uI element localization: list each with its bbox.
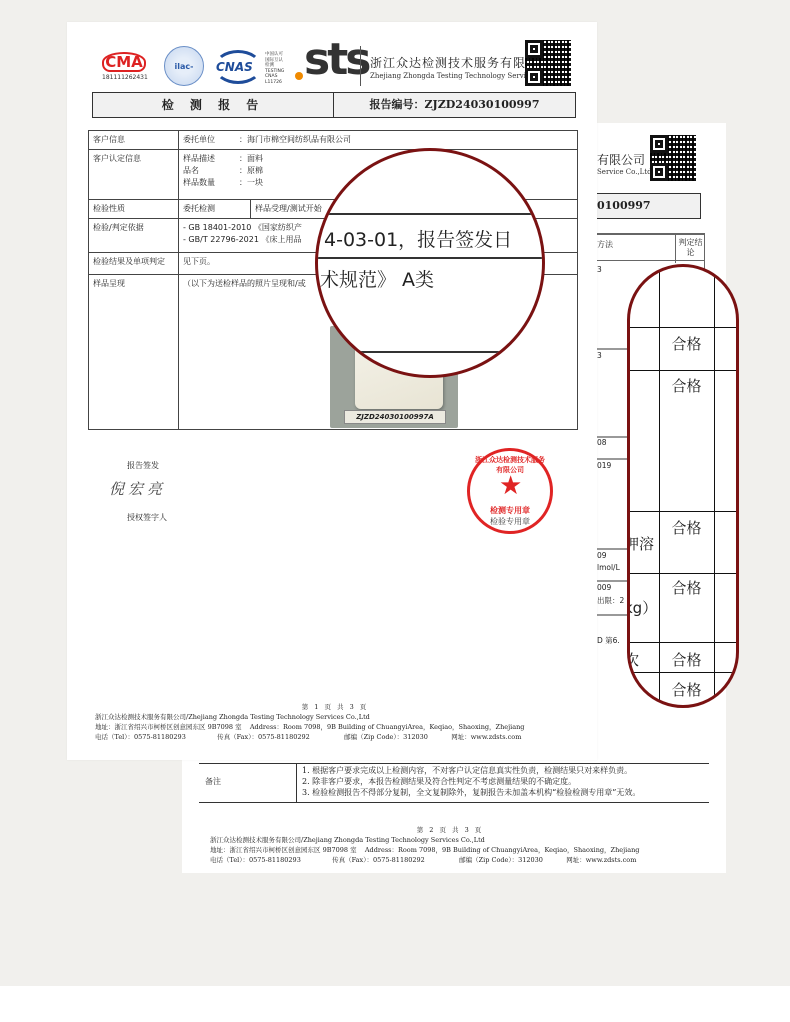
address-en: Address：Room 7098，9B Building of Chuangy… bbox=[250, 722, 525, 732]
handwritten-signature: 倪宏亮 bbox=[109, 478, 166, 499]
cell-fragment: 08 bbox=[597, 438, 607, 447]
divider bbox=[296, 764, 297, 802]
row-divider bbox=[597, 614, 629, 616]
footer-address: 地址：浙江省绍兴市柯桥区创意园东区 9B7098 室 Address：Room … bbox=[210, 845, 690, 855]
conclusion-pass: 合格 bbox=[660, 375, 713, 396]
table-header: 方法 判定结论 bbox=[597, 233, 705, 261]
address-cn: 地址：浙江省绍兴市柯桥区创意园东区 9B7098 室 bbox=[210, 845, 357, 855]
cell-fragment: D 第6. bbox=[597, 635, 620, 646]
cnas-logo: CNAS bbox=[214, 50, 262, 84]
page-number: 第 2 页 共 3 页 bbox=[210, 825, 690, 835]
tel: 电话（Tel）：0575-81180293 bbox=[95, 732, 215, 742]
remarks-list: 1. 根据客户要求完成以上检测内容，不对客户认定信息真实性负责，检测结果只对来样… bbox=[302, 764, 709, 799]
qr-code-icon bbox=[650, 135, 696, 181]
header-logos: CMA 181111262431 ilac-MRA CNAS 中国认可 国际互认… bbox=[102, 40, 592, 90]
field-value: ：原棉 bbox=[239, 165, 263, 177]
footer-address: 地址：浙江省绍兴市柯桥区创意园东区 9B7098 室 Address：Room … bbox=[95, 722, 575, 732]
cell-fragment: 3 bbox=[597, 351, 602, 360]
sts-dot bbox=[295, 72, 303, 80]
cell-fragment: 出限：2 bbox=[597, 595, 624, 606]
sts-logo: sts bbox=[295, 42, 355, 90]
tel: 电话（Tel）：0575-81180293 bbox=[210, 855, 330, 865]
sts-text: sts bbox=[304, 34, 368, 85]
divider bbox=[630, 573, 736, 574]
magnifier-callout: 4-03-01，报告签发日 术规范》 A类 bbox=[315, 148, 545, 378]
table-row: 客户信息 委托单位：海门市棉空间纺织品有限公司 bbox=[89, 131, 578, 150]
cell-fragment: 3 bbox=[597, 265, 602, 274]
side-text-fragment: 次 bbox=[627, 649, 639, 670]
footer-company: 浙江众达检测技术服务有限公司/Zhejiang Zhongda Testing … bbox=[210, 835, 690, 845]
divider bbox=[630, 327, 736, 328]
cma-mark: CMA bbox=[102, 52, 146, 72]
divider bbox=[630, 672, 736, 673]
row-label: 样品呈现 bbox=[89, 275, 179, 430]
page-footer: 第 2 页 共 3 页 浙江众达检测技术服务有限公司/Zhejiang Zhon… bbox=[210, 825, 690, 865]
conclusion-grid: 合格 合格 合格 合格 合格 合格 钾溶 kg） 次 bbox=[630, 267, 736, 705]
report-page-1: CMA 181111262431 ilac-MRA CNAS 中国认可 国际互认… bbox=[67, 22, 597, 760]
field-key: 样品数量 bbox=[183, 177, 239, 189]
divider bbox=[630, 511, 736, 512]
ilac-mra-logo: ilac-MRA bbox=[164, 46, 204, 86]
row-divider bbox=[597, 458, 629, 460]
footer-company: 浙江众达检测技术服务有限公司/Zhejiang Zhongda Testing … bbox=[95, 712, 575, 722]
conclusion-pass: 合格 bbox=[660, 577, 713, 598]
row-divider bbox=[597, 348, 629, 350]
report-number-fragment: 0100997 bbox=[597, 193, 701, 219]
report-number: 报告编号：ZJZD24030100997 bbox=[334, 93, 575, 117]
row-value: 委托单位：海门市棉空间纺织品有限公司 bbox=[179, 131, 578, 150]
row-label: 检验性质 bbox=[89, 200, 179, 219]
seal-text: 检测专用章 bbox=[470, 505, 550, 516]
row-label: 客户信息 bbox=[89, 131, 179, 150]
remark-item: 1. 根据客户要求完成以上检测内容，不对客户认定信息真实性负责，检测结果只对来样… bbox=[302, 765, 709, 776]
remarks-label: 备注 bbox=[205, 776, 221, 787]
divider bbox=[714, 267, 715, 705]
star-icon: ★ bbox=[499, 473, 522, 499]
company-name-en-fragment: Service Co.,Ltd bbox=[597, 168, 652, 176]
footer-contact: 电话（Tel）：0575-81180293 传真（Fax）：0575-81180… bbox=[95, 732, 575, 742]
divider bbox=[630, 370, 736, 371]
row-label: 客户认定信息 bbox=[89, 150, 179, 200]
cell-fragment: 009 bbox=[597, 583, 611, 592]
company-name-fragment: 有限公司 bbox=[597, 151, 645, 168]
field-key: 品名 bbox=[183, 165, 239, 177]
report-title: 检 测 报 告 bbox=[93, 93, 334, 117]
remark-item: 3. 检验检测报告不得部分复制，全文复制除外，复制报告未加盖本机构“检验检测专用… bbox=[302, 787, 709, 798]
side-text-fragment: kg） bbox=[627, 597, 657, 618]
authorized-signatory-label: 授权签字人 bbox=[127, 512, 167, 523]
conclusion-highlight: 合格 合格 合格 合格 合格 合格 钾溶 kg） 次 bbox=[627, 264, 739, 708]
cell-fragment: lmol/L bbox=[597, 563, 620, 572]
page-footer: 第 1 页 共 3 页 浙江众达检测技术服务有限公司/Zhejiang Zhon… bbox=[95, 702, 575, 742]
method-header: 方法 bbox=[597, 239, 613, 250]
row-divider bbox=[597, 548, 629, 550]
remarks-section: 备注 1. 根据客户要求完成以上检测内容，不对客户认定信息真实性负责，检测结果只… bbox=[199, 763, 709, 803]
divider bbox=[630, 642, 736, 643]
fax: 传真（Fax）：0575-81180292 bbox=[217, 732, 342, 742]
address-cn: 地址：浙江省绍兴市柯桥区创意园东区 9B7098 室 bbox=[95, 722, 242, 732]
seal-subtext: 检验专用章 bbox=[470, 516, 550, 527]
row-label: 检验结果及单项判定 bbox=[89, 253, 179, 275]
conclusion-pass: 合格 bbox=[660, 333, 713, 354]
field-value: ：一块 bbox=[239, 177, 263, 189]
magnified-standard-class: 术规范》 A类 bbox=[320, 265, 434, 292]
cma-number: 181111262431 bbox=[102, 74, 152, 81]
conclusion-pass: 合格 bbox=[660, 517, 713, 538]
address-en: Address：Room 7098，9B Building of Chuangy… bbox=[365, 845, 640, 855]
field-value: ：面料 bbox=[239, 153, 263, 165]
cma-logo: CMA 181111262431 bbox=[102, 52, 152, 81]
website: 网址：www.zdsts.com bbox=[451, 732, 521, 742]
magnified-date-text: 4-03-01，报告签发日 bbox=[324, 225, 512, 252]
divider bbox=[360, 46, 361, 86]
cell-fragment: 019 bbox=[597, 461, 611, 470]
report-issued-label: 报告签发 bbox=[127, 460, 159, 471]
cnas-text: CNAS bbox=[216, 60, 253, 74]
qr-code-icon bbox=[525, 40, 571, 86]
field-value: ：海门市棉空间纺织品有限公司 bbox=[239, 134, 351, 146]
zip: 邮编（Zip Code）：312030 bbox=[459, 855, 564, 865]
conclusion-pass: 合格 bbox=[660, 649, 713, 670]
conclusion-pass: 合格 bbox=[660, 679, 713, 700]
fax: 传真（Fax）：0575-81180292 bbox=[332, 855, 457, 865]
row-label: 检验/判定依据 bbox=[89, 219, 179, 253]
sample-label: ZJZD24030100997A bbox=[344, 410, 446, 424]
table-line bbox=[318, 213, 545, 215]
table-line bbox=[318, 351, 545, 353]
field-key: 委托单位 bbox=[183, 134, 239, 146]
cnas-accreditation-text: 中国认可 国际互认 检测 TESTING CNAS L11726 bbox=[265, 52, 293, 85]
footer-contact: 电话（Tel）：0575-81180293 传真（Fax）：0575-81180… bbox=[210, 855, 690, 865]
signature-area: 报告签发 倪宏亮 授权签字人 浙江众达检测技术服务有限公司 ★ 检测专用章 检验… bbox=[67, 452, 597, 542]
zip: 邮编（Zip Code）：312030 bbox=[344, 732, 449, 742]
row-divider bbox=[597, 580, 629, 582]
cell-fragment: 09 bbox=[597, 551, 607, 560]
report-title-bar: 检 测 报 告 报告编号：ZJZD24030100997 bbox=[92, 92, 576, 118]
website: 网址：www.zdsts.com bbox=[566, 855, 636, 865]
field-key: 样品描述 bbox=[183, 153, 239, 165]
side-text-fragment: 钾溶 bbox=[627, 533, 654, 554]
row-value: 委托检测 bbox=[179, 200, 251, 219]
official-seal: 浙江众达检测技术服务有限公司 ★ 检测专用章 检验专用章 bbox=[467, 448, 553, 534]
remark-item: 2. 除非客户要求，本报告检测结果及符合性判定不考虑测量结果的不确定度。 bbox=[302, 776, 709, 787]
conclusion-header: 判定结论 bbox=[675, 235, 705, 263]
cnas-line: CNAS L11726 bbox=[265, 74, 293, 85]
page-number: 第 1 页 共 3 页 bbox=[95, 702, 575, 712]
table-line bbox=[318, 257, 545, 259]
